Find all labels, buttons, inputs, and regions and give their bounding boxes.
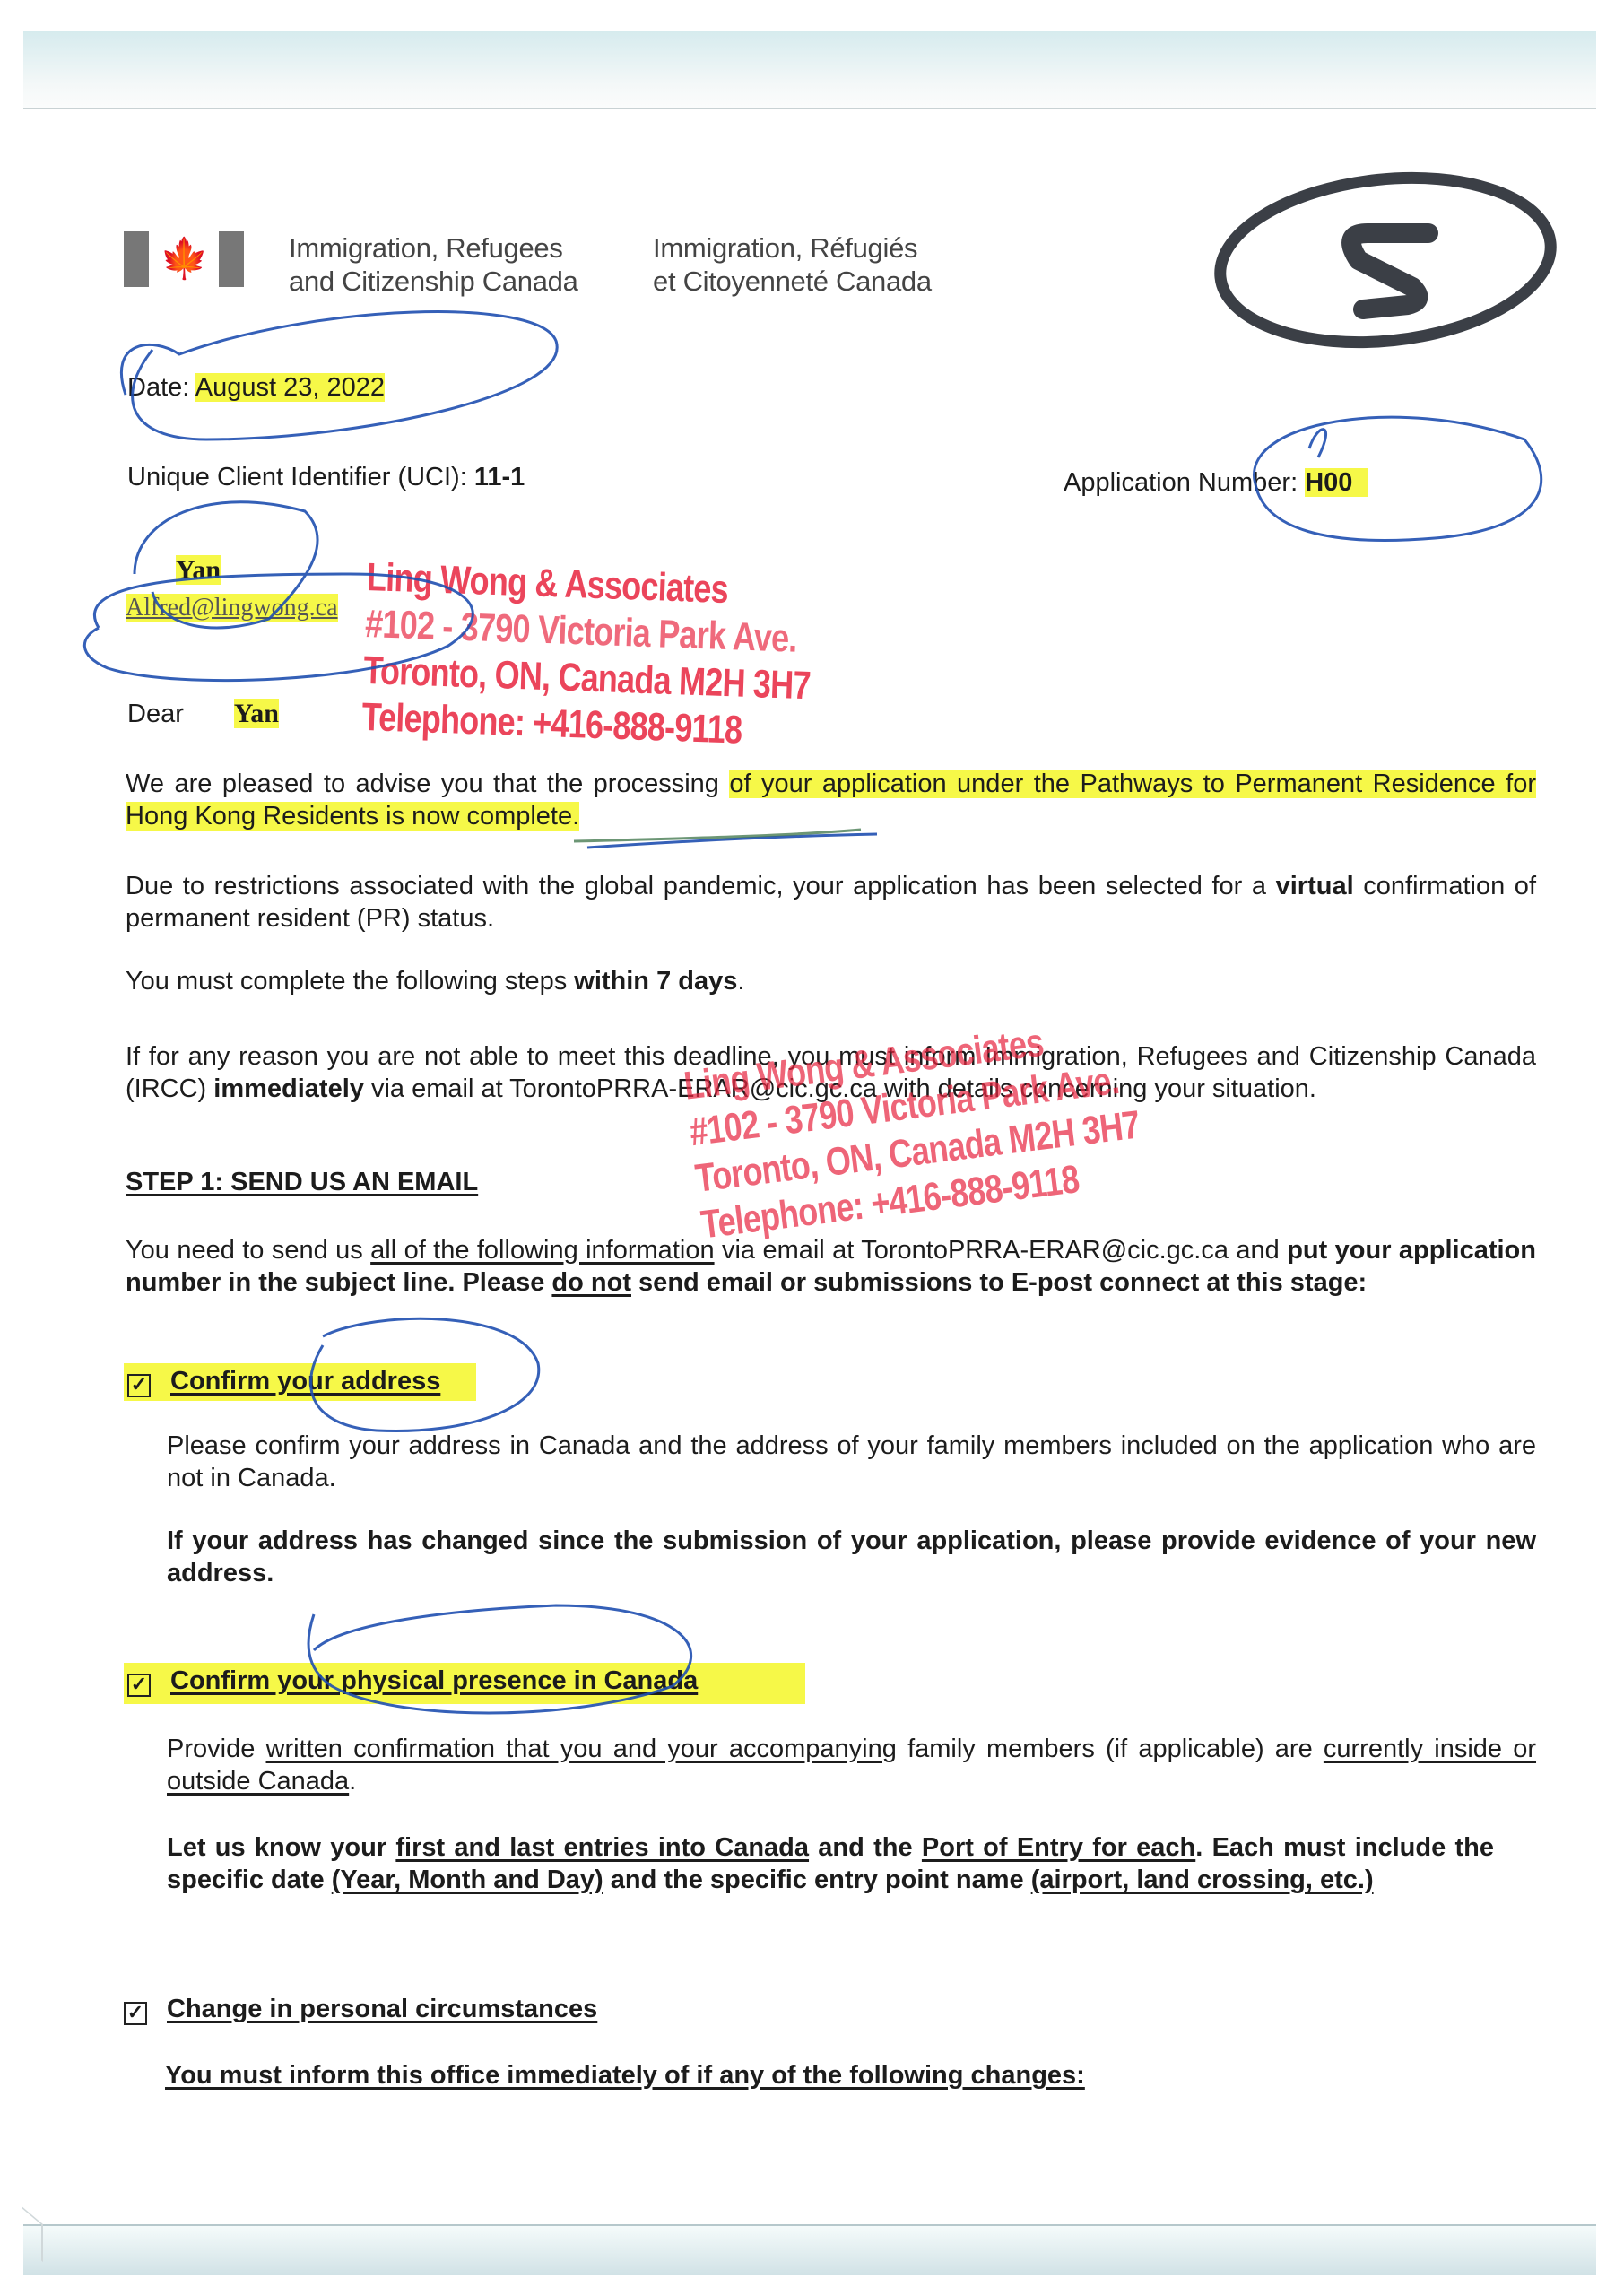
law-firm-stamp-secondary: Ling Wong & Associates #102 - 3790 Victo… [682,997,1246,1249]
completion-paragraph: We are pleased to advise you that the pr… [126,768,1536,832]
page-number-marker [1206,170,1565,350]
checkbox-checked-icon: ✓ [127,1374,151,1397]
date-line: Date: August 23, 2022 [127,371,385,404]
recipient-name: Yan [176,554,221,587]
recipient-email[interactable]: Alfred@lingwong.ca [126,592,338,624]
physical-presence-text: Provide written confirmation that you an… [167,1733,1536,1797]
checkbox-checked-icon: ✓ [127,1674,151,1697]
checklist-item-physical-presence: ✓Confirm your physical presence in Canad… [124,1665,805,1697]
checklist-item-personal-circumstances: ✓Change in personal circumstances [124,1993,597,2025]
salutation: Dear Yan [127,698,279,730]
application-number-line: Application Number: H00 [1064,466,1368,499]
checkbox-checked-icon: ✓ [124,2002,147,2025]
inform-changes-text: You must inform this office immediately … [165,2059,1085,2092]
canada-flag-icon: 🍁 [124,231,244,287]
law-firm-stamp: Ling Wong & Associates #102 - 3790 Victo… [361,554,913,760]
scan-edge-bottom [23,2224,1596,2275]
send-email-paragraph: You need to send us all of the following… [126,1234,1536,1299]
uci-line: Unique Client Identifier (UCI): 11-1 [127,461,525,493]
step1-heading: STEP 1: SEND US AN EMAIL [126,1166,478,1198]
confirm-address-text: Please confirm your address in Canada an… [167,1430,1536,1494]
scan-edge-top [23,31,1596,109]
entries-text: Let us know your first and last entries … [167,1831,1494,1896]
department-name-fr: Immigration, Réfugiés et Citoyenneté Can… [653,231,932,298]
salutation-name: Yan [234,699,279,728]
uci-value: 11-1 [474,463,525,491]
virtual-confirmation-paragraph: Due to restrictions associated with the … [126,870,1536,935]
date-value: August 23, 2022 [195,373,385,402]
deadline-paragraph: You must complete the following steps wi… [126,965,744,997]
department-name-en: Immigration, Refugees and Citizenship Ca… [289,231,578,298]
application-number-value: H00 [1305,468,1352,497]
address-changed-text: If your address has changed since the su… [167,1525,1536,1589]
checklist-item-confirm-address: ✓Confirm your address [124,1365,476,1397]
